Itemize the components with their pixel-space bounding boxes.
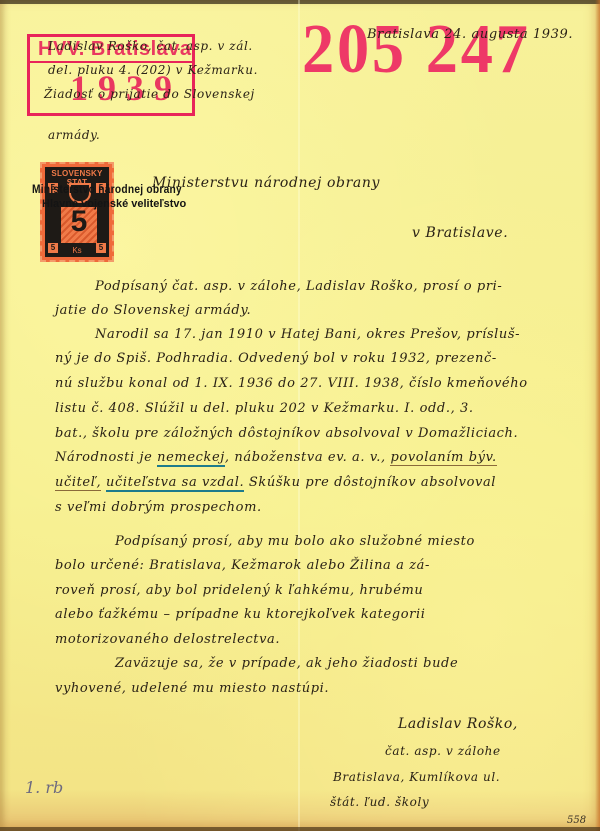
signature-name: Ladislav Roško,	[398, 716, 518, 732]
subject-line-1: Ladislav Roško, čat. asp. v zál.	[48, 39, 253, 53]
body-line: bolo určené: Bratislava, Kežmarok alebo …	[55, 558, 430, 573]
subject-line-2: del. pluku 4. (202) v Kežmarku.	[48, 63, 258, 77]
underlined-occupation-cont: učiteľ,	[55, 475, 101, 491]
body-line: jatie do Slovenskej armády.	[55, 303, 251, 318]
body-line: roveň prosí, aby bol pridelený k ľahkému…	[55, 583, 423, 598]
subject-line-4: armády.	[48, 128, 100, 142]
revenue-stamp: SLOVENSKY STAT 5 5 5 5 5 Ks	[40, 162, 114, 262]
signature-rank: čat. asp. v zálohe	[385, 744, 501, 758]
body-line-nationality: Národnosti je nemeckej, náboženstva ev. …	[55, 450, 497, 465]
file-number-stamp: 205 247	[302, 15, 531, 85]
body-line: alebo ťažkému – prípadne ku ktorejkoľvek…	[55, 607, 425, 622]
underlined-occupation: povolaním býv.	[390, 450, 496, 466]
body-line: ný je do Spiš. Podhradia. Odvedený bol v…	[55, 351, 497, 366]
addressee-line-1: Ministerstvu národnej obrany	[152, 175, 380, 191]
body-line: listu č. 408. Slúžil u del. pluku 202 v …	[55, 401, 474, 416]
subject-line-3: Žiadosť o prijatie do Slovenskej	[44, 87, 255, 101]
body-line: Podpísaný čat. asp. v zálohe, Ladislav R…	[95, 279, 502, 294]
place-date: Bratislava 24. augusta 1939.	[367, 27, 573, 42]
body-line: Zaväzuje sa, že v prípade, ak jeho žiado…	[115, 656, 458, 671]
signature-address: Bratislava, Kumlíkova ul.	[333, 770, 500, 784]
document-page: HVV. Bratislava 1939 Ladislav Roško, čat…	[0, 0, 600, 831]
body-line: nú službu konal od 1. IX. 1936 do 27. VI…	[55, 376, 528, 391]
addressee-line-2: v Bratislave.	[412, 225, 508, 241]
body-line: s veľmi dobrým prospechom.	[55, 500, 262, 515]
underlined-nationality: nemeckej	[157, 450, 225, 467]
text-fragment: , náboženstva ev. a. v.,	[225, 450, 391, 465]
paper-top-edge	[0, 0, 600, 4]
body-line: motorizovaného delostrelectva.	[55, 632, 280, 647]
underlined-teaching: učiteľstva sa vzdal.	[106, 475, 244, 492]
body-line: vyhovené, udelené mu miesto nastúpi.	[55, 681, 329, 696]
signature-note: štát. ľud. školy	[330, 795, 429, 809]
text-fragment: Skúšku pre dôstojníkov absolvoval	[244, 475, 496, 490]
revenue-stamp-currency: Ks	[45, 246, 109, 255]
paper-right-edge	[595, 0, 600, 831]
page-number: 558	[567, 815, 586, 826]
pencil-annotation: 1. rb	[25, 778, 63, 797]
body-line: Narodil sa 17. jan 1910 v Hatej Bani, ok…	[95, 327, 520, 342]
paper-bottom-edge	[0, 827, 600, 831]
body-line: Podpísaný prosí, aby mu bolo ako služobn…	[115, 534, 475, 549]
body-line-occupation: učiteľ, učiteľstva sa vzdal. Skúšku pre …	[55, 475, 496, 490]
body-line: bat., školu pre záložných dôstojníkov ab…	[55, 426, 518, 441]
text-fragment: Národnosti je	[55, 450, 157, 465]
revenue-stamp-body: SLOVENSKY STAT 5 5 5 5 5 Ks	[45, 167, 109, 257]
institution-stamp-line2: Hlavné vojenské veliteľstvo	[32, 197, 208, 212]
